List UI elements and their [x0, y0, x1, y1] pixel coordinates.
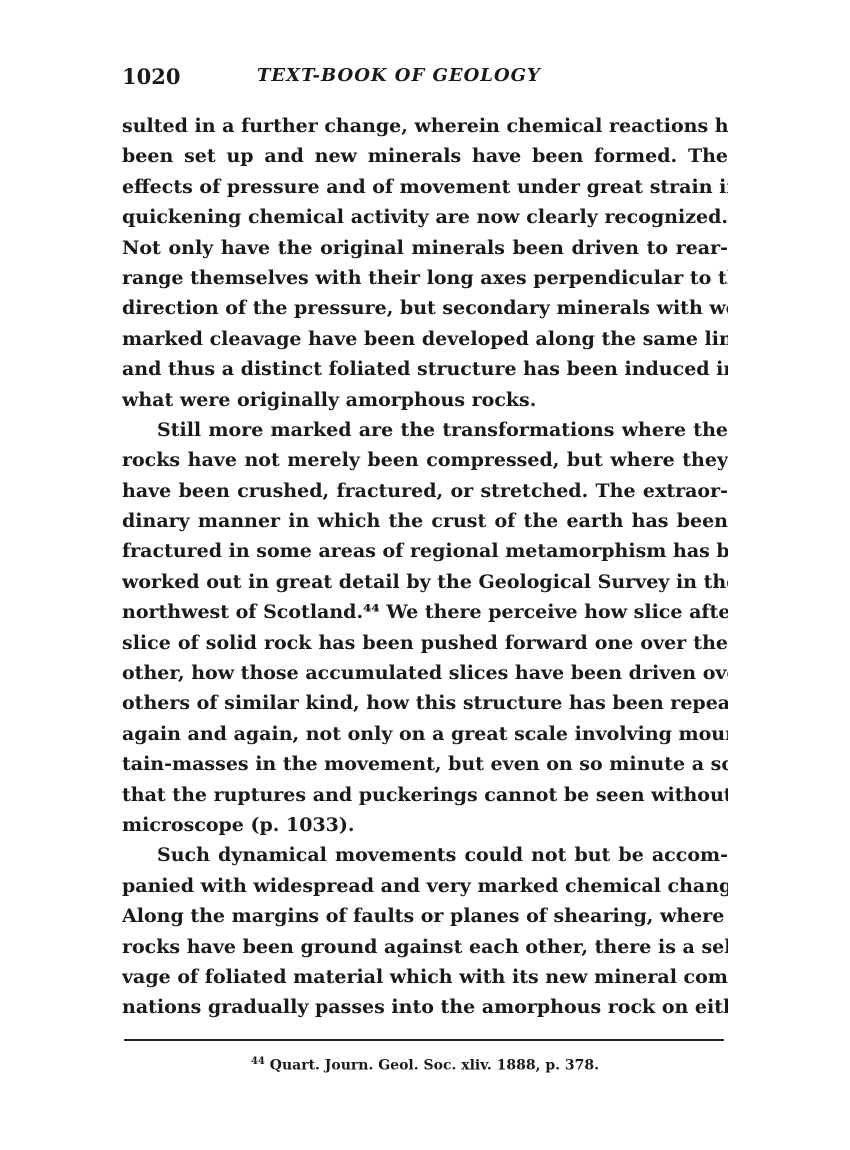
text-line: Along the margins of faults or planes of… — [122, 901, 728, 931]
text-line: tain-masses in the movement, but even on… — [122, 749, 728, 779]
text-line: vage of foliated material which with its… — [122, 962, 728, 992]
paragraph-start-line: Still more marked are the transformation… — [122, 415, 728, 445]
text-line: rocks have been ground against each othe… — [122, 932, 728, 962]
running-title: TEXT-BOOK OF GEOLOGY — [257, 65, 541, 86]
text-line: panied with widespread and very marked c… — [122, 871, 728, 901]
text-line: slice of solid rock has been pushed forw… — [122, 628, 728, 658]
text-line: direction of the pressure, but secondary… — [122, 293, 728, 323]
text-line: worked out in great detail by the Geolog… — [122, 567, 728, 597]
text-line: again and again, not only on a great sca… — [122, 719, 728, 749]
text-line: nations gradually passes into the amorph… — [122, 992, 728, 1022]
text-line: have been crushed, fractured, or stretch… — [122, 476, 728, 506]
text-line: dinary manner in which the crust of the … — [122, 506, 728, 536]
text-line: microscope (p. 1033). — [122, 810, 728, 840]
text-line-with-footnote-ref: northwest of Scotland.⁴⁴ We there percei… — [122, 597, 728, 627]
text-line: marked cleavage have been developed alon… — [122, 324, 728, 354]
text-line: sulted in a further change, wherein chem… — [122, 111, 728, 141]
page-header: 1020 TEXT-BOOK OF GEOLOGY — [122, 64, 732, 94]
footnote-divider — [124, 1039, 724, 1041]
text-line: been set up and new minerals have been f… — [122, 141, 728, 171]
text-line: others of similar kind, how this structu… — [122, 688, 728, 718]
text-line: other, how those accumulated slices have… — [122, 658, 728, 688]
footnote: 44 Quart. Journ. Geol. Soc. xliv. 1888, … — [0, 1056, 850, 1074]
text-line: that the ruptures and puckerings cannot … — [122, 780, 728, 810]
footnote-marker: 44 — [251, 1056, 265, 1067]
text-line: range themselves with their long axes pe… — [122, 263, 728, 293]
text-line: what were originally amorphous rocks. — [122, 385, 728, 415]
text-line: Not only have the original minerals been… — [122, 233, 728, 263]
text-line: rocks have not merely been compressed, b… — [122, 445, 728, 475]
body-text: sulted in a further change, wherein chem… — [122, 111, 728, 1023]
text-line: fractured in some areas of regional meta… — [122, 536, 728, 566]
footnote-text: Quart. Journ. Geol. Soc. xliv. 1888, p. … — [270, 1058, 599, 1074]
page-number: 1020 — [122, 64, 180, 89]
text-line: quickening chemical activity are now cle… — [122, 202, 728, 232]
paragraph-start-line: Such dynamical movements could not but b… — [122, 840, 728, 870]
text-line: and thus a distinct foliated structure h… — [122, 354, 728, 384]
text-line: effects of pressure and of movement unde… — [122, 172, 728, 202]
